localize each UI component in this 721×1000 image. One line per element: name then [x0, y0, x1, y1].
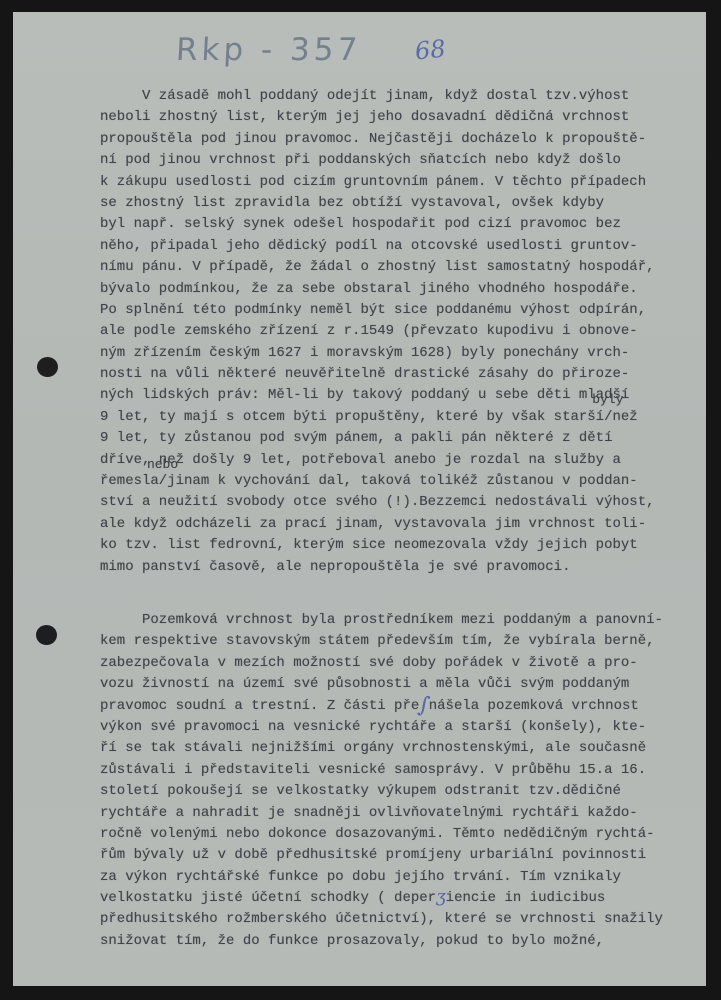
scanned-document-frame: Rkp - 357 68 V zásadě mohl poddaný odejí… [0, 0, 721, 1000]
text-line: nímu pánu. V případě, že žádal o zhostný… [100, 257, 660, 278]
text-line: nosti na vůli některé neuvěřitelně drast… [100, 364, 660, 385]
text-line: velkostatku jisté účetní schodky ( deper… [100, 888, 660, 909]
text-line: ročně volenými nebo dokonce dosazovanými… [100, 824, 660, 845]
text-line: 9 let, ty mají s otcem býti propuštěny, … [100, 407, 660, 428]
text-line: neboli zhostný list, kterým jej jeho dos… [100, 107, 660, 128]
text-line: vozu živností na území své působnosti a … [100, 674, 660, 695]
text-line: něho, připadal jeho dědický podíl na otc… [100, 236, 660, 257]
text-line: ale když odcházeli za prací jinam, vysta… [100, 514, 660, 535]
text-line: k zákupu usedlosti pod cizím gruntovním … [100, 172, 660, 193]
text-line: ale podle zemského zřízení z r.1549 (pře… [100, 321, 660, 342]
text-line: ko tzv. list fedrovní, kterým sice neome… [100, 535, 660, 556]
text-line: zůstávali i představiteli vesnické samos… [100, 760, 660, 781]
text-line: pravomoc soudní a trestní. Z části pře∫n… [100, 696, 660, 717]
text-line: V zásadě mohl poddaný odejít jinam, když… [100, 86, 660, 107]
text-line: řům bývaly už v době předhusitské promíj… [100, 845, 660, 866]
text-line: ným zřízením českým 1627 i moravským 162… [100, 343, 660, 364]
text-line: zabezpečovala v mezích možností své doby… [100, 653, 660, 674]
text-line: propouštěla pod jinou pravomoc. Nejčastě… [100, 129, 660, 150]
handwritten-ink-mark: ∫ [418, 705, 429, 707]
text-line: Po splnění této podmínky neměl být sice … [100, 300, 660, 321]
text-line: 9 let, ty zůstanou pod svým pánem, a pak… [100, 428, 660, 449]
text-line: předhusitského rožmberského účetnictví),… [100, 909, 660, 930]
text-line: ní pod jinou vrchnost při poddanských sň… [100, 150, 660, 171]
text-line: za výkon rychtářské funkce po dobu jejíh… [100, 867, 660, 888]
text-line: byl např. selský synek odešel hospodařit… [100, 214, 660, 235]
typewritten-text: V zásadě mohl poddaný odejít jinam, když… [100, 86, 660, 952]
text-line: bývalo podmínkou, že za sebe obstaral ji… [100, 279, 660, 300]
paragraph: V zásadě mohl poddaný odejít jinam, když… [100, 86, 660, 578]
handwritten-manuscript-number: Rkp - 357 [175, 32, 362, 68]
text-line: ných lidských práv: Měl-li by takový pod… [100, 385, 660, 406]
text-line: snižovat tím, že do funkce prosazovaly, … [100, 931, 660, 952]
hole-punch-top [37, 357, 58, 377]
paragraph: Pozemková vrchnost byla prostředníkem me… [100, 610, 660, 952]
text-line: mimo panství časově, ale nepropouštěla j… [100, 557, 660, 578]
text-line: se zhostný list zpravidla bez obtíží vys… [100, 193, 660, 214]
text-line: řemesla/nebojinam k vychování dal, takov… [100, 471, 660, 492]
text-line: výkon své pravomoci na vesnické rychtáře… [100, 717, 660, 738]
text-line: kem respektive stavovským státem předevš… [100, 631, 660, 652]
text-line: ství a neužití svobody otce svého (!).Be… [100, 492, 660, 513]
handwritten-page-number: 68 [414, 34, 447, 65]
text-line: rychtáře a nahradit je snadněji ovlivňov… [100, 803, 660, 824]
text-line: ří se tak stávali nejnižšími orgány vrch… [100, 738, 660, 759]
text-line: dříve, než došly 9 let, potřeboval anebo… [100, 450, 660, 471]
document-page: Rkp - 357 68 V zásadě mohl poddaný odejí… [13, 12, 706, 986]
text-line: Pozemková vrchnost byla prostředníkem me… [100, 610, 660, 631]
text-line: století pokoušejí se velkostatky výkupem… [100, 781, 660, 802]
hole-punch-bottom [36, 625, 57, 645]
